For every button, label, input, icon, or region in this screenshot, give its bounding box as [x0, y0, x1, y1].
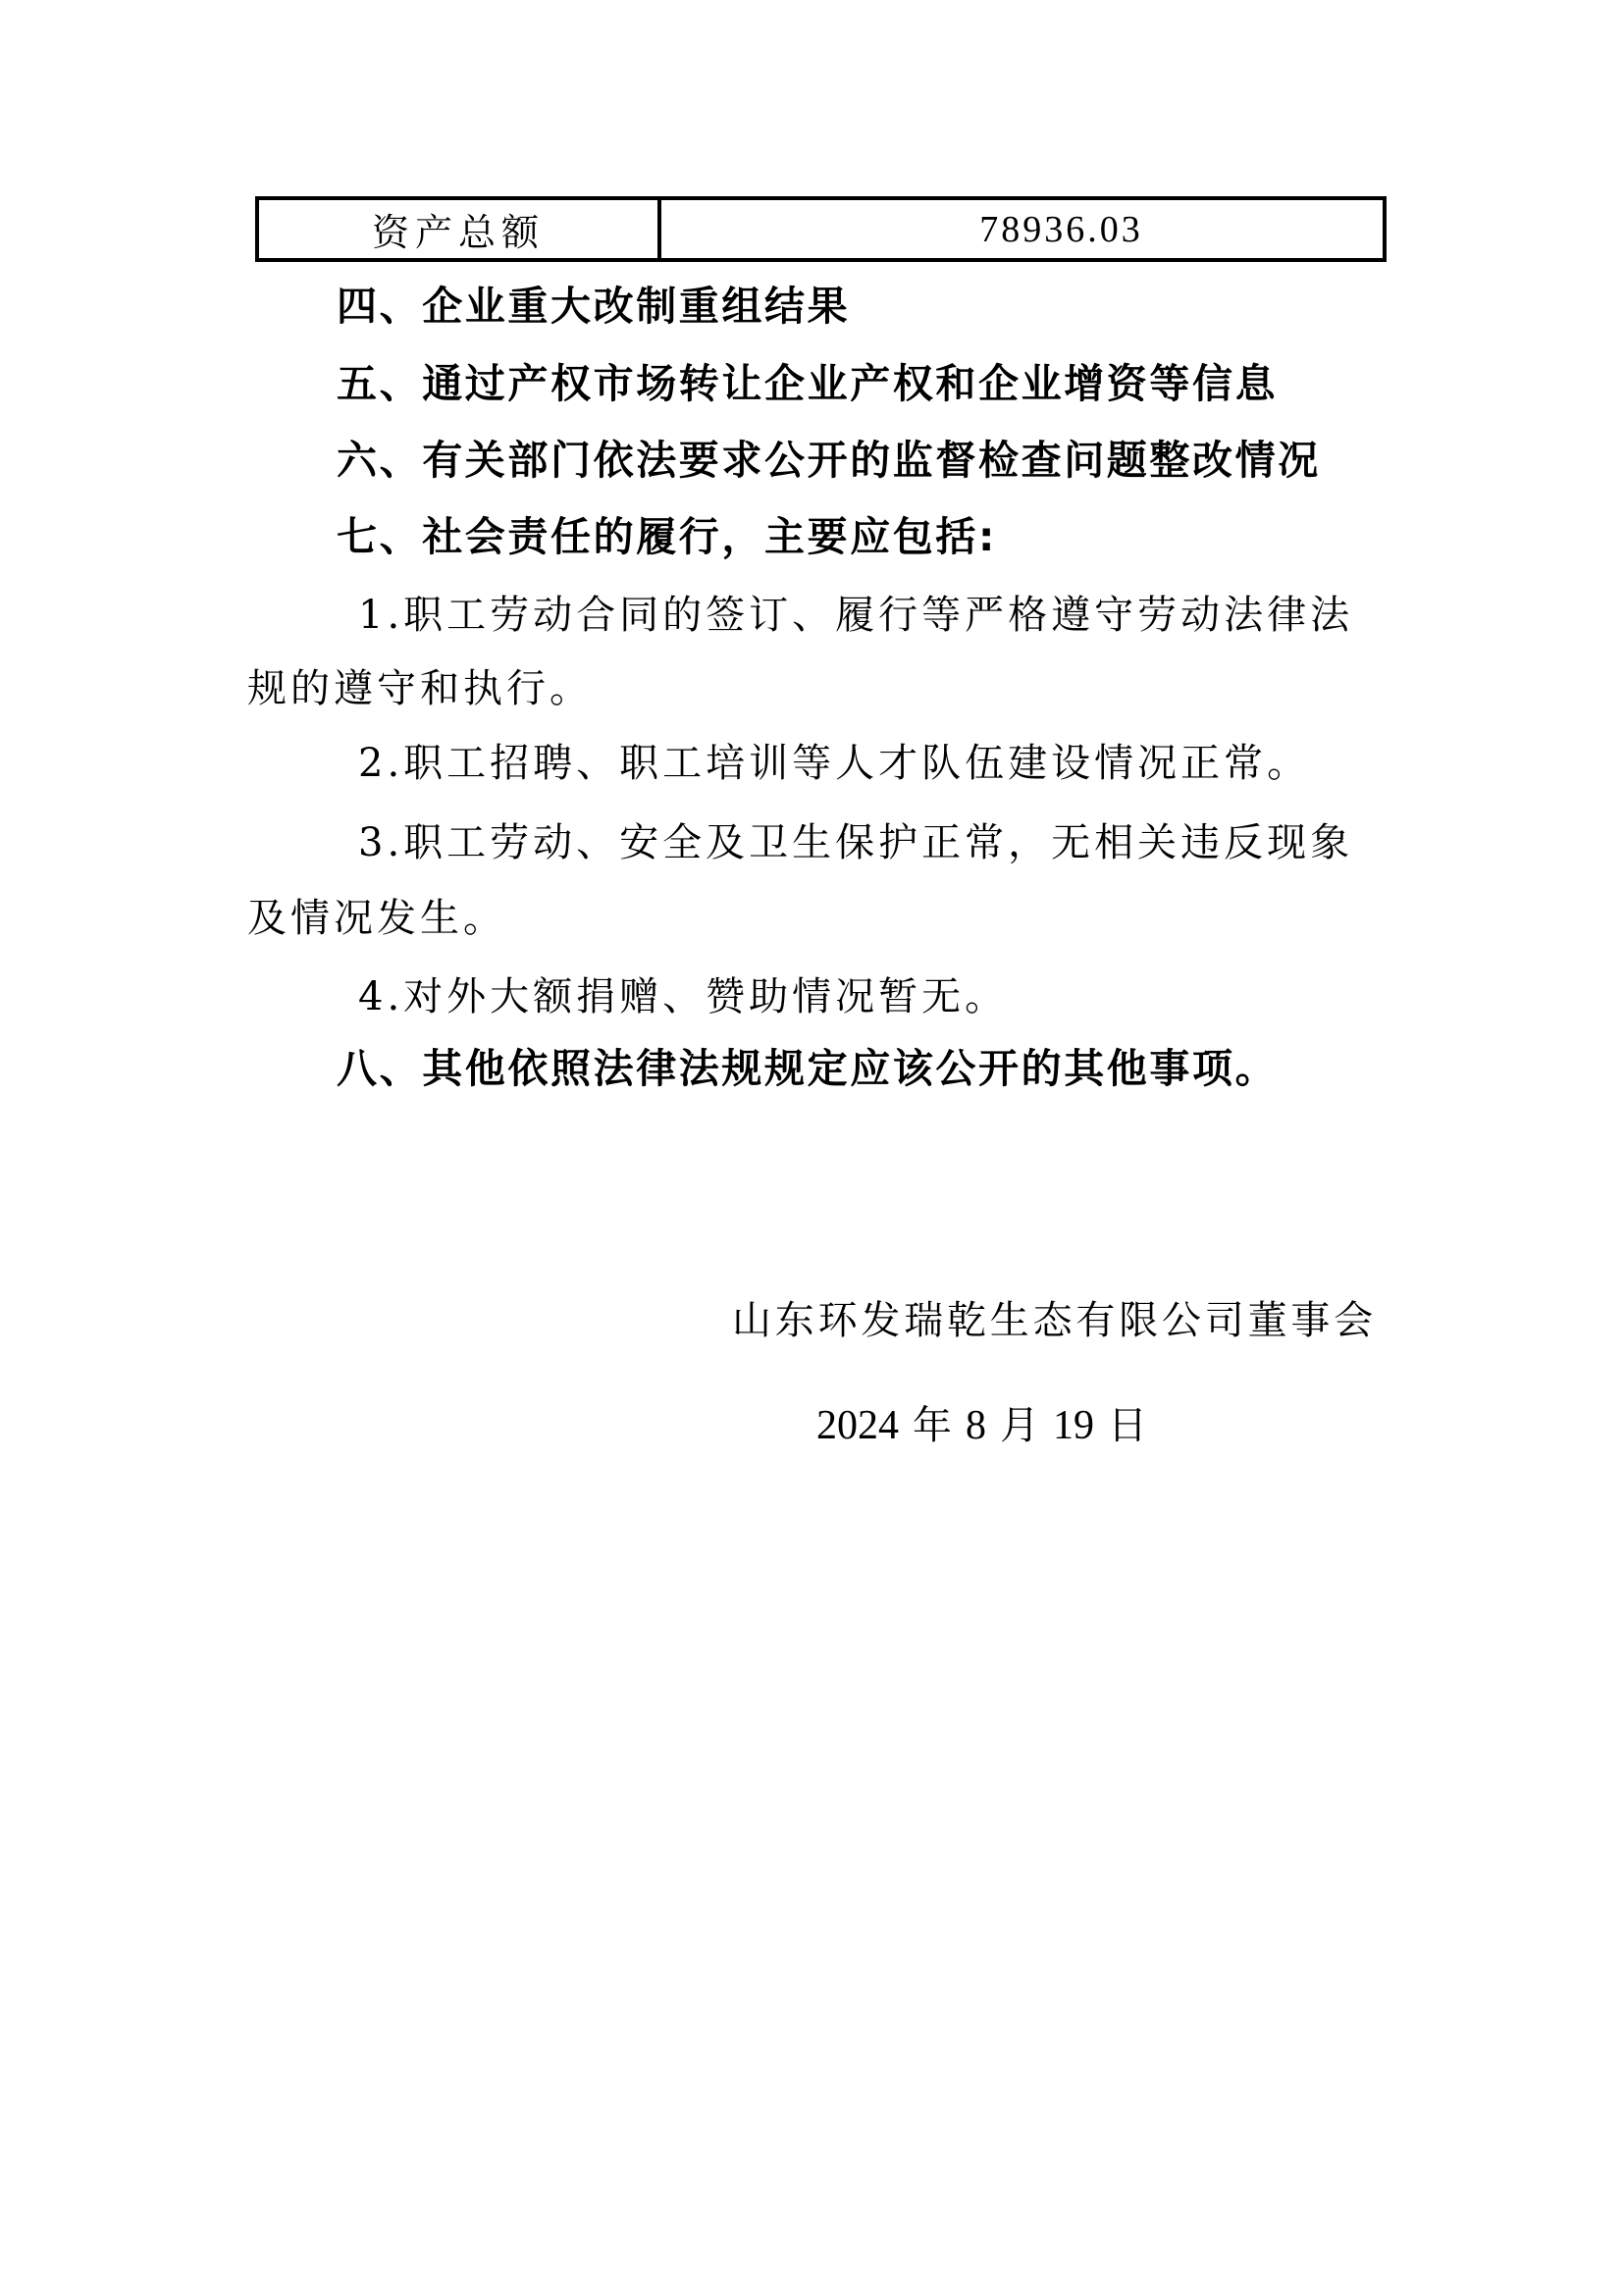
section-number: 四、 — [337, 283, 422, 330]
section-heading-7: 七、社会责任的履行，主要应包括: — [337, 517, 997, 557]
section-number: 五、 — [337, 360, 422, 407]
section-heading-4: 四、企业重大改制重组结果 — [337, 287, 850, 327]
signature-date: 2024年8月19日 — [816, 1405, 1147, 1446]
list-item-4: 4.对外大额捐赠、赞助情况暂无。 — [358, 977, 1008, 1017]
document-page: 资产总额 78936.03 四、企业重大改制重组结果 五、通过产权市场转让企业产… — [0, 0, 1624, 2295]
section-title: 其他依照法律法规规定应该公开的其他事项。 — [422, 1045, 1278, 1092]
item-text: 职工劳动、安全及卫生保护正常，无相关违反现象 — [403, 820, 1353, 865]
section-number: 六、 — [337, 437, 422, 484]
section-number: 八、 — [337, 1045, 422, 1092]
date-month-unit: 月 — [1000, 1406, 1039, 1445]
item-text: 职工招聘、职工培训等人才队伍建设情况正常。 — [403, 741, 1310, 786]
total-assets-value: 78936.03 — [659, 198, 1385, 260]
item-number: 2. — [358, 741, 403, 786]
section-heading-5: 五、通过产权市场转让企业产权和企业增资等信息 — [337, 364, 1278, 404]
list-item-2: 2.职工招聘、职工培训等人才队伍建设情况正常。 — [358, 744, 1310, 783]
item-text: 对外大额捐赠、赞助情况暂无。 — [403, 974, 1008, 1019]
table-row: 资产总额 78936.03 — [257, 198, 1385, 260]
asset-summary-table: 资产总额 78936.03 — [255, 196, 1387, 262]
list-item-1-continuation: 规的遵守和执行。 — [247, 669, 593, 708]
item-text: 职工劳动合同的签订、履行等严格遵守劳动法律法 — [403, 593, 1353, 638]
signature-organization: 山东环发瑞乾生态有限公司董事会 — [732, 1301, 1377, 1340]
list-item-3-continuation: 及情况发生。 — [247, 899, 506, 938]
date-day-unit: 日 — [1108, 1406, 1147, 1445]
item-number: 4. — [358, 974, 403, 1019]
item-number: 1. — [358, 593, 403, 638]
list-item-3: 3.职工劳动、安全及卫生保护正常，无相关违反现象 — [358, 823, 1353, 862]
date-year-unit: 年 — [913, 1406, 952, 1445]
section-title: 企业重大改制重组结果 — [422, 283, 850, 330]
date-year: 2024 — [816, 1405, 899, 1446]
section-heading-6: 六、有关部门依法要求公开的监督检查问题整改情况 — [337, 441, 1321, 481]
total-assets-label: 资产总额 — [257, 198, 659, 260]
date-day: 19 — [1053, 1405, 1094, 1446]
section-title: 通过产权市场转让企业产权和企业增资等信息 — [422, 360, 1278, 407]
section-heading-8: 八、其他依照法律法规规定应该公开的其他事项。 — [337, 1049, 1278, 1089]
section-title: 有关部门依法要求公开的监督检查问题整改情况 — [422, 437, 1321, 484]
item-number: 3. — [358, 820, 403, 865]
list-item-1: 1.职工劳动合同的签订、履行等严格遵守劳动法律法 — [358, 596, 1353, 635]
section-title: 社会责任的履行，主要应包括: — [422, 513, 997, 560]
date-month: 8 — [966, 1405, 986, 1446]
section-number: 七、 — [337, 513, 422, 560]
